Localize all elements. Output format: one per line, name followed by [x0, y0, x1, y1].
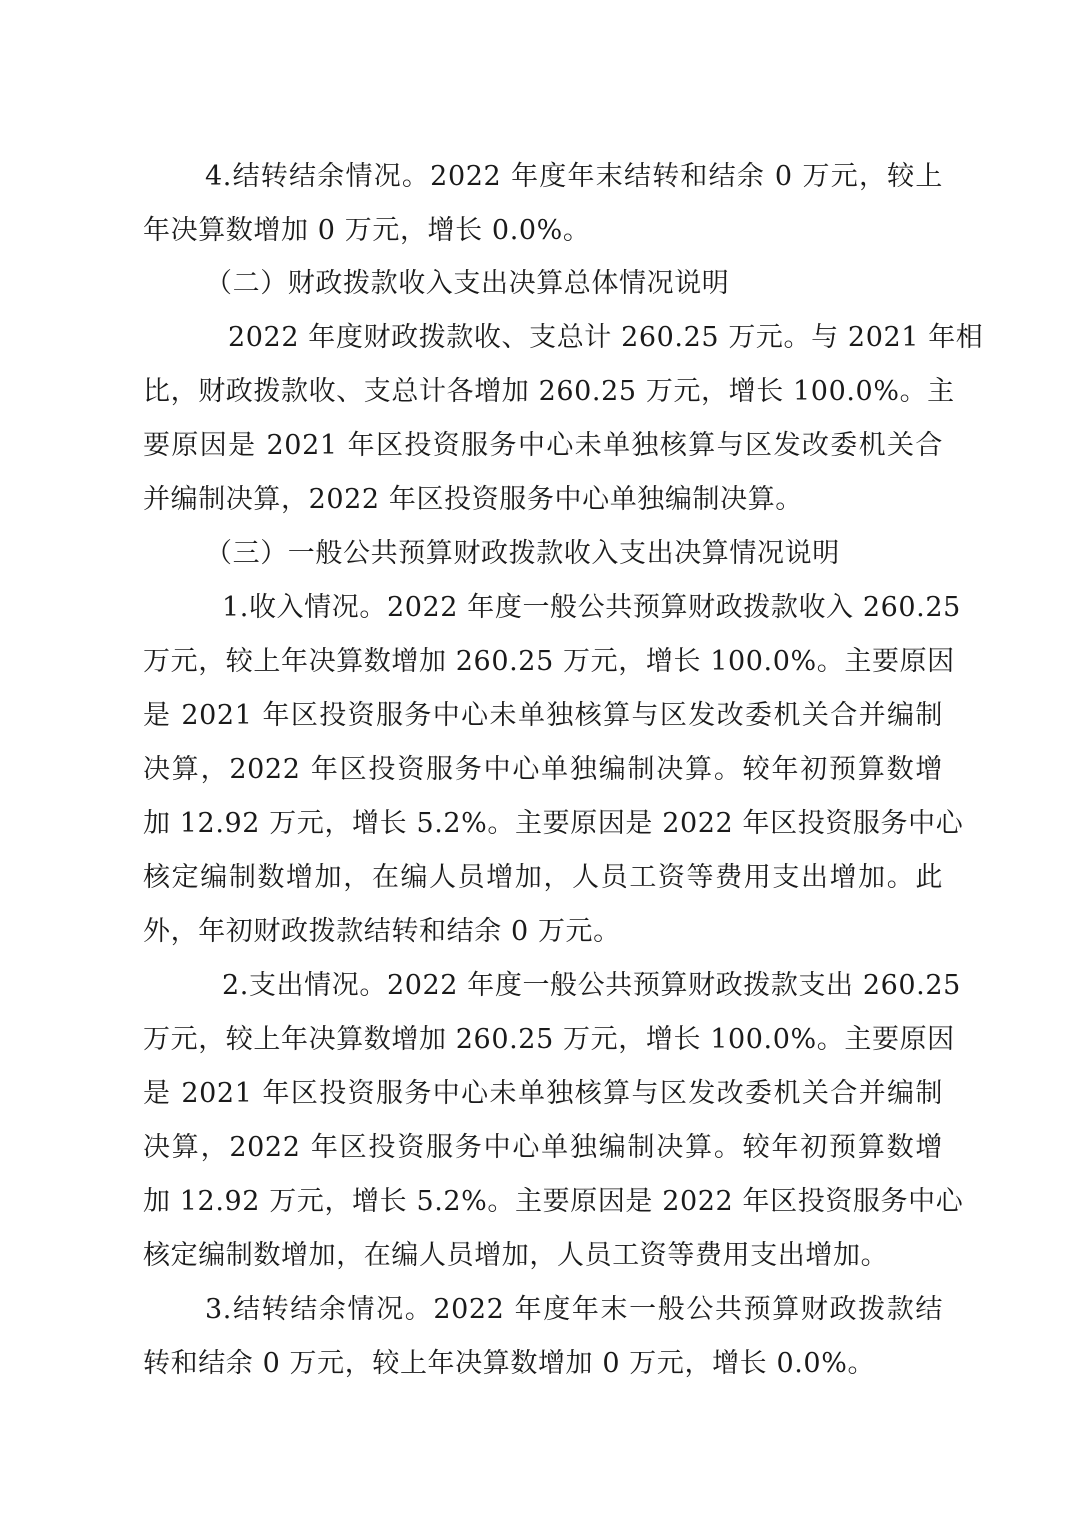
text-line: 是 2021 年区投资服务中心未单独核算与区发改委机关合并编制 [143, 1074, 943, 1114]
text-line: 万元，较上年决算数增加 260.25 万元，增长 100.0%。主要原因 [143, 1020, 943, 1060]
text-line: 4.结转结余情况。2022 年度年末结转和结余 0 万元，较上 [205, 157, 943, 197]
text-line: 2.支出情况。2022 年度一般公共预算财政拨款支出 260.25 [222, 966, 943, 1006]
text-line: 万元，较上年决算数增加 260.25 万元，增长 100.0%。主要原因 [143, 642, 943, 682]
text-line: 加 12.92 万元，增长 5.2%。主要原因是 2022 年区投资服务中心 [143, 804, 943, 844]
text-line: 并编制决算，2022 年区投资服务中心单独编制决算。 [143, 480, 943, 520]
text-line: 核定编制数增加，在编人员增加，人员工资等费用支出增加。此 [143, 858, 943, 898]
document-page: 4.结转结余情况。2022 年度年末结转和结余 0 万元，较上 年决算数增加 0… [0, 0, 1074, 1520]
section-heading-general-public-budget: （三）一般公共预算财政拨款收入支出决算情况说明 [205, 534, 1005, 574]
text-line: 核定编制数增加，在编人员增加，人员工资等费用支出增加。 [143, 1236, 943, 1276]
text-line: 比，财政拨款收、支总计各增加 260.25 万元，增长 100.0%。主 [143, 372, 943, 412]
text-line: 2022 年度财政拨款收、支总计 260.25 万元。与 2021 年相 [228, 318, 943, 358]
text-line: 外，年初财政拨款结转和结余 0 万元。 [143, 912, 943, 952]
text-line: 决算，2022 年区投资服务中心单独编制决算。较年初预算数增 [143, 750, 943, 790]
text-line: 是 2021 年区投资服务中心未单独核算与区发改委机关合并编制 [143, 696, 943, 736]
text-line: 要原因是 2021 年区投资服务中心未单独核算与区发改委机关合 [143, 426, 943, 466]
text-line: 年决算数增加 0 万元，增长 0.0%。 [143, 211, 943, 251]
text-line: 3.结转结余情况。2022 年度年末一般公共预算财政拨款结 [205, 1290, 943, 1330]
section-heading-fiscal-appropriation-overview: （二）财政拨款收入支出决算总体情况说明 [205, 264, 1005, 304]
text-line: 转和结余 0 万元，较上年决算数增加 0 万元，增长 0.0%。 [143, 1344, 943, 1384]
text-line: 1.收入情况。2022 年度一般公共预算财政拨款收入 260.25 [222, 588, 943, 628]
text-line: 加 12.92 万元，增长 5.2%。主要原因是 2022 年区投资服务中心 [143, 1182, 943, 1222]
text-line: 决算，2022 年区投资服务中心单独编制决算。较年初预算数增 [143, 1128, 943, 1168]
